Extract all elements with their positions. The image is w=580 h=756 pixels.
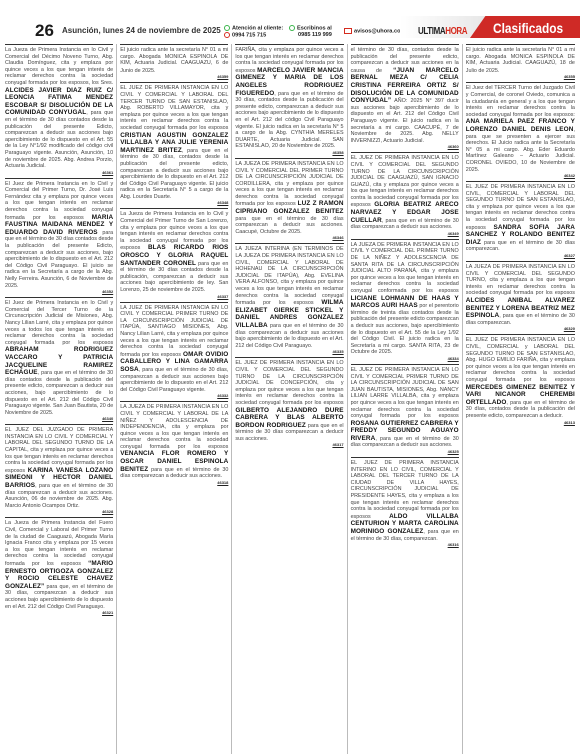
notice-code: 46313	[466, 420, 575, 425]
notice-body-continued: , para que en el término de 30 días cont…	[5, 370, 113, 416]
contact-label: Atención al cliente:	[232, 25, 283, 31]
notice-code: 46327	[466, 253, 575, 258]
notice-body-continued: , para que en el término de 30 días, con…	[235, 91, 343, 150]
notice-code: 46328	[5, 509, 113, 514]
notice-body: LA JUEZA DE PRIMERA INSTANCIA EN LO CIVI…	[120, 404, 228, 450]
notice-body: El juicio radica ante la secretaría N° 0…	[466, 47, 575, 74]
contact-label: Escribinos al	[297, 25, 332, 31]
legal-notice: LA JUEZA DE PRIMERA INSTANCIA EN LO CIVI…	[235, 158, 343, 242]
notice-code: 46352	[5, 289, 113, 294]
column-2: El juicio radica ante la secretaría N° 0…	[117, 44, 232, 754]
column-3: FARIÑA, cita y emplaza por quince veces …	[232, 44, 347, 754]
classifieds-columns: La Jueza de Primera Instancia en lo Civi…	[2, 44, 578, 754]
legal-notice: EL JUEZ DE PRIMERA INSTANCIA EN LO CIVIL…	[351, 152, 459, 237]
legal-notice: La Jueza de Primera Instancia en lo Civi…	[5, 44, 113, 176]
date-line: Asunción, lunes 24 de noviembre de 2025	[62, 26, 221, 35]
whatsapp-contact: Escribinos al 0985 119 999	[289, 25, 332, 38]
notice-code: 46337	[120, 294, 228, 299]
legal-notice: FARIÑA, cita y emplaza por quince veces …	[235, 44, 343, 156]
notice-body: LA JUEZA DE PRIMERA INSTANCIA EN LO CIVI…	[351, 242, 459, 294]
legal-notice: El Juez de Primera Instancia en lo Civil…	[5, 178, 113, 296]
section-title: Clasificados	[493, 20, 563, 36]
notice-code: 46342	[466, 173, 575, 178]
legal-notice: LA JUEZA DE PRIMERA INSTANCIA EN LO CIVI…	[351, 239, 459, 362]
notice-body: El Juez de Primera Instancia en lo Civil…	[5, 300, 113, 346]
notice-body-continued: para que en el término de 30 días contad…	[5, 230, 113, 289]
notice-code: 46348	[120, 200, 228, 205]
legal-notice: EL JUEZ DE PRIMERA INSTANCIA EN LO CIVIL…	[466, 181, 575, 259]
notice-code: 46321	[5, 610, 113, 615]
notice-code: 46320	[466, 326, 575, 331]
notice-body: EL JUEZ DE PRIMERA INSTANCIA INTERINO EN…	[351, 460, 459, 520]
legal-notice: EL JUEZ DE PRIMERA INSTANCIA EN LO CIVIL…	[466, 334, 575, 425]
contact-phone[interactable]: 0985 119 999	[298, 32, 332, 38]
notice-code: 46334	[351, 356, 459, 361]
notice-parties: ANA MARIELA PAEZ FRANCO Y LORENZO DANIEL…	[466, 118, 575, 133]
notice-body-continued: para que en el término de 30 días compar…	[466, 240, 575, 253]
notice-body: EL JUEZ DE PRIMERA INSTANCIA EN LO CIVIL…	[351, 367, 459, 419]
notice-code: 46335	[235, 349, 343, 354]
notice-body-continued: por el perentorio término de treinta día…	[351, 303, 459, 355]
notice-code: 46340	[5, 416, 113, 421]
notice-body: EL JUEZ DE PRIMERA INSTANCIA EN LO CIVIL…	[120, 85, 228, 131]
notice-body: El Juez del TERCER Turno del Juzgado Civ…	[466, 85, 575, 117]
legal-notice: La Jueza de Primera Instancia en lo Civi…	[120, 208, 228, 299]
notice-body: La Jueza de Primera Instancia en lo Civi…	[5, 47, 113, 86]
legal-notice: EL JUEZ DE PRIMERA INSTANCIA EN LO CIVIL…	[235, 357, 343, 448]
notice-body: LA JUEZA INTERINA (EN TERMINOS DE LA JUE…	[235, 246, 343, 306]
brand-logo: ULTIMAHORA	[418, 26, 467, 37]
phone-icon	[224, 32, 230, 38]
customer-service-contact: Atención al cliente: 0994 715 715	[224, 25, 283, 39]
notice-code: 46358	[235, 150, 343, 155]
page-number: 26	[35, 21, 54, 41]
legal-notice: el término de 30 días, contados desde la…	[351, 44, 459, 150]
legal-notice: EL JUEZ DE PRIMERA INSTANCIA INTERINO EN…	[351, 457, 459, 548]
legal-notice: LA JUEZA DE PRIMERA INSTANCIA EN LO CIVI…	[466, 261, 575, 332]
notice-code: 46346	[235, 235, 343, 240]
notice-code: 46316	[351, 542, 459, 547]
whatsapp-icon	[289, 25, 295, 31]
notice-code: 46360	[351, 144, 459, 149]
legal-notice: La Jueza de Primera Instancia del Fuero …	[5, 517, 113, 616]
notice-code: 46349	[351, 231, 459, 236]
contact-phone[interactable]: 0994 715 715	[232, 32, 266, 38]
notice-body-continued: para que en el término de 30 días compar…	[235, 216, 343, 235]
notice-body: El juicio radica ante la secretaría N° 0…	[120, 47, 228, 74]
legal-notice: EL JUEZ DE PRIMERA INSTANCIA EN LO CIVIL…	[120, 82, 228, 206]
legal-notice: El juicio radica ante la secretaría N° 0…	[120, 44, 228, 80]
envelope-icon	[344, 28, 352, 34]
notice-code: 46359	[120, 74, 228, 79]
notice-code: 46318	[120, 480, 228, 485]
notice-code: 46332	[120, 393, 228, 398]
legal-notice: LA JUEZ DE PRIMERA INSTANCIA EN LO CIVIL…	[120, 302, 228, 400]
legal-notice: EL JUEZ DE PRIMERA INSTANCIA EN LO CIVIL…	[351, 364, 459, 455]
page-header: 26 Asunción, lunes 24 de noviembre de 20…	[0, 22, 580, 42]
legal-notice: EL JUEZ DEL JUZGADO DE PRIMERA INSTANCIA…	[5, 424, 113, 515]
legal-notice: El Juez del TERCER Turno del Juzgado Civ…	[466, 82, 575, 179]
legal-notice: El juicio radica ante la secretaría N° 0…	[466, 44, 575, 80]
notice-code: 46355	[466, 74, 575, 79]
notice-body: EL JUEZ DE PRIMERA INSTANCIA EN LO CIVIL…	[466, 337, 575, 383]
whatsapp-icon	[224, 25, 230, 31]
legal-notice: LA JUEZA DE PRIMERA INSTANCIA EN LO CIVI…	[120, 401, 228, 486]
notice-body-continued: , para que en el término de 30 días, con…	[120, 148, 228, 200]
notice-body-continued: AÑO: 2025 N° 397 ducir sus acciones bajo…	[351, 98, 459, 144]
legal-notice: LA JUEZA INTERINA (EN TERMINOS DE LA JUE…	[235, 243, 343, 355]
notice-code: 46361	[5, 170, 113, 175]
notice-code: 46325	[351, 449, 459, 454]
notice-body: LA JUEZA DE PRIMERA INSTANCIA EN LO CIVI…	[466, 264, 575, 296]
column-1: La Jueza de Primera Instancia en lo Civi…	[2, 44, 117, 754]
notice-body-continued: , para que en el término de 30 días cont…	[5, 110, 113, 169]
notice-code: 46317	[235, 442, 343, 447]
column-4: el término de 30 días, contados desde la…	[348, 44, 463, 754]
notice-body: EL JUEZ DE PRIMERA INSTANCIA EN LO CIVIL…	[235, 360, 343, 406]
notice-body-continued: , para que se presenten a ejercer sus de…	[466, 127, 575, 173]
legal-notice: El Juez de Primera Instancia en lo Civil…	[5, 297, 113, 422]
column-5: El juicio radica ante la secretaría N° 0…	[463, 44, 578, 754]
